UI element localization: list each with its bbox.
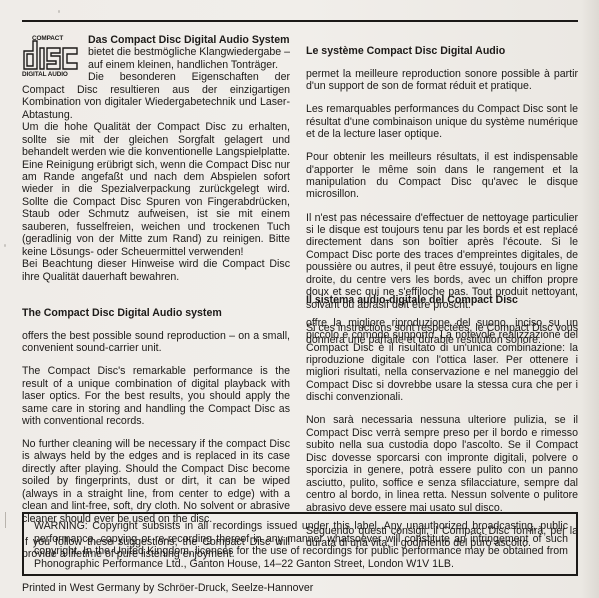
paper-speck (58, 10, 60, 13)
french-paragraph: permet la meilleure reproduction sonore … (306, 68, 578, 93)
fold-mark (5, 512, 6, 528)
french-paragraph: Les remarquables performances du Compact… (306, 103, 578, 140)
german-paragraph: Um die hohe Qualität der Compact Disc zu… (22, 121, 290, 158)
top-divider-rule (22, 20, 578, 22)
german-paragraph: Eine Reinigung erübrigt sich, wenn die C… (22, 159, 290, 259)
disc-wordmark-icon (22, 39, 80, 71)
english-heading: The Compact Disc Digital Audio system (22, 307, 290, 319)
english-paragraph: The Compact Disc's remarkable performanc… (22, 365, 290, 427)
copyright-warning-text: WARNING: Copyright subsists in all recor… (34, 520, 568, 570)
printer-credit: Printed in West Germany by Schröer-Druck… (22, 582, 313, 594)
german-paragraph: Bei Beachtung dieser Hinweise wird die C… (22, 258, 290, 283)
booklet-page: COMPACT DIGITAL AUDIO Das Compact Disc D… (0, 0, 599, 598)
logo-digital-audio-text: DIGITAL AUDIO (22, 71, 68, 78)
french-heading: Le système Compact Disc Digital Audio (306, 45, 578, 57)
german-section: COMPACT DIGITAL AUDIO Das Compact Disc D… (22, 34, 290, 283)
paper-speck (4, 244, 6, 247)
italian-heading: Il sistema audio-digitale del Compact Di… (306, 294, 578, 306)
french-paragraph: Pour obtenir les meilleurs résultats, il… (306, 151, 578, 201)
english-paragraph: offers the best possible sound reproduct… (22, 330, 290, 355)
compact-disc-logo: COMPACT DIGITAL AUDIO (22, 35, 80, 79)
italian-paragraph: Non sarà necessaria nessuna ulteriore pu… (306, 414, 578, 514)
italian-paragraph: offre la migliore riproduzione del suono… (306, 317, 578, 404)
copyright-warning-box: WARNING: Copyright subsists in all recor… (22, 512, 578, 576)
